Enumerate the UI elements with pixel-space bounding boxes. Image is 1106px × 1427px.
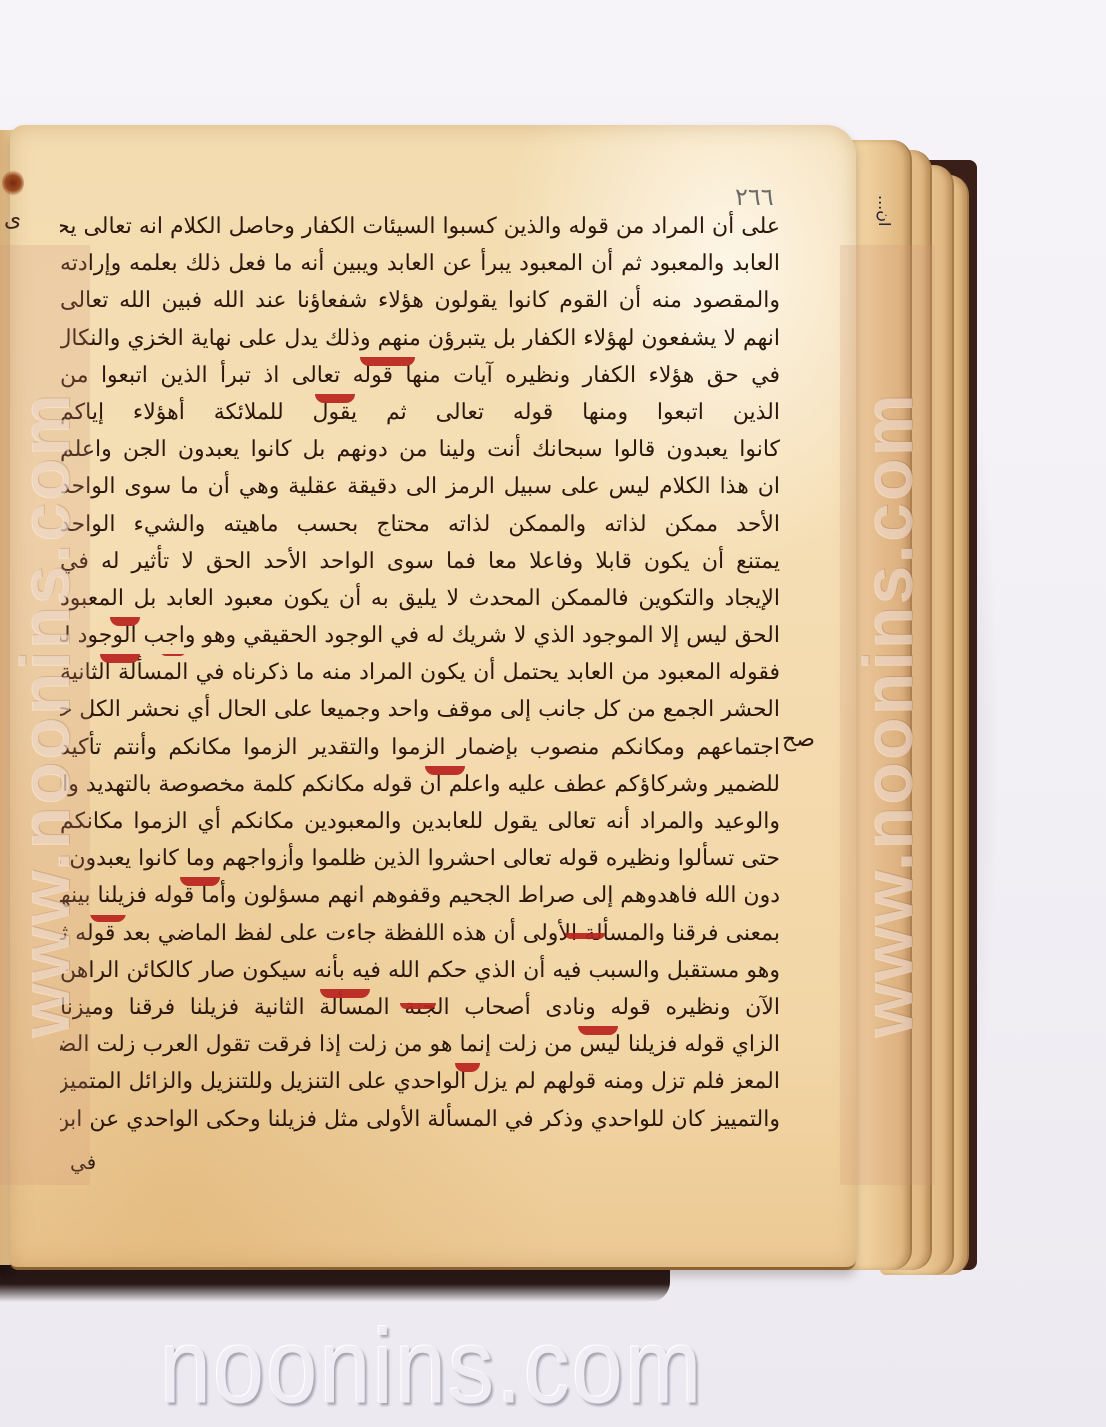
rubric-overline — [160, 654, 186, 656]
line-text: للضمير وشركاؤكم عطف عليه واعلم ان قوله م… — [60, 772, 780, 797]
line-text: انهم لا يشفعون لهؤلاء الكفار بل يتبرؤن م… — [60, 326, 780, 351]
text-line: حتى تسألوا ونظيره قوله تعالى احشروا الذي… — [60, 840, 780, 877]
watermark-bottom: noonins.com — [160, 1315, 780, 1419]
rubric-overline — [565, 933, 605, 939]
line-text: يمتنع أن يكون قابلا وفاعلا معا فما سوى ا… — [60, 549, 780, 574]
manuscript-text: على أن المراد من قوله والذين كسبوا السيئ… — [60, 208, 780, 1138]
text-line: كانوا يعبدون قالوا سبحانك أنت ولينا من د… — [60, 431, 780, 468]
text-line: وهو مستقبل والسبب فيه أن الذي حكم الله ف… — [60, 952, 780, 989]
line-text: اجتماعهم ومكانكم منصوب بإضمار الزموا وال… — [60, 735, 780, 760]
text-line: اجتماعهم ومكانكم منصوب بإضمار الزموا وال… — [60, 729, 780, 766]
rubric-overline — [425, 766, 465, 775]
text-line: الحشر الجمع من كل جانب إلى موقف واحد وجم… — [60, 691, 780, 728]
page-number: ٢٦٦ — [735, 183, 774, 211]
margin-correction-note: صح — [782, 727, 815, 752]
line-text: الحق ليس إلا الموجود الذي لا شريك له في … — [60, 623, 780, 648]
text-line: الآن ونظيره قوله ونادى أصحاب الجنة المسأ… — [60, 989, 780, 1026]
watermark-text: www.noonins.com — [5, 392, 85, 1038]
line-text: كانوا يعبدون قالوا سبحانك أنت ولينا من د… — [60, 437, 780, 462]
text-line: فقوله المعبود من العابد يحتمل أن يكون ال… — [60, 654, 780, 691]
text-line: يمتنع أن يكون قابلا وفاعلا معا فما سوى ا… — [60, 543, 780, 580]
ink-stain — [2, 170, 24, 196]
rubric-overline — [360, 357, 415, 366]
line-text: على أن المراد من قوله والذين كسبوا السيئ… — [60, 214, 780, 239]
text-line: العابد والمعبود ثم أن المعبود يبرأ عن ال… — [60, 245, 780, 282]
line-text: الزاي قوله فزيلنا ليس من زلت إنما هو من … — [60, 1032, 780, 1057]
text-line: الزاي قوله فزيلنا ليس من زلت إنما هو من … — [60, 1026, 780, 1063]
rubric-overline — [90, 915, 126, 922]
rubric-overline — [110, 617, 140, 626]
text-line: الأحد ممكن لذاته والممكن لذاته محتاج بحس… — [60, 506, 780, 543]
watermark-left-vertical: www.noonins.com — [0, 245, 90, 1185]
page-edge-marks: ...ان — [878, 195, 890, 226]
text-line: للضمير وشركاؤكم عطف عليه واعلم ان قوله م… — [60, 766, 780, 803]
line-text: الإيجاد والتكوين فالممكن المحدث لا يليق … — [60, 586, 780, 611]
line-text: في حق هؤلاء الكفار ونظيره آيات منها قوله… — [60, 363, 780, 388]
line-text: الحشر الجمع من كل جانب إلى موقف واحد وجم… — [60, 697, 780, 722]
text-line: على أن المراد من قوله والذين كسبوا السيئ… — [60, 208, 780, 245]
line-text: بمعنى فرقنا والمسألة الأولى أن هذه اللفظ… — [60, 921, 780, 946]
watermark-right-vertical: www.noonins.com — [840, 245, 935, 1185]
text-line: الحق ليس إلا الموجود الذي لا شريك له في … — [60, 617, 780, 654]
text-line: في حق هؤلاء الكفار ونظيره آيات منها قوله… — [60, 357, 780, 394]
text-line: المعز فلم تزل ومنه قولهم لم يزل الواحدي … — [60, 1063, 780, 1100]
rubric-overline — [100, 654, 140, 663]
line-text: حتى تسألوا ونظيره قوله تعالى احشروا الذي… — [60, 846, 780, 871]
rubric-overline — [320, 989, 370, 998]
text-line: والوعيد والمراد أنه تعالى يقول للعابدين … — [60, 803, 780, 840]
line-text: والمقصود منه أن القوم كانوا يقولون هؤلاء… — [60, 288, 780, 313]
rubric-overline — [400, 1003, 436, 1009]
rubric-overline — [180, 877, 220, 886]
line-text: الأحد ممكن لذاته والممكن لذاته محتاج بحس… — [60, 512, 780, 537]
line-text: المعز فلم تزل ومنه قولهم لم يزل الواحدي … — [60, 1069, 780, 1094]
line-text: الذين اتبعوا ومنها قوله تعالى ثم يقول لل… — [60, 400, 780, 425]
line-text: دون الله فاهدوهم إلى صراط الجحيم وقفوهم … — [60, 883, 780, 908]
line-text: ان هذا الكلام ليس على سبيل الرمز الى دقي… — [60, 474, 780, 499]
text-line: دون الله فاهدوهم إلى صراط الجحيم وقفوهم … — [60, 877, 780, 914]
line-text: فقوله المعبود من العابد يحتمل أن يكون ال… — [60, 660, 780, 685]
text-line: والمقصود منه أن القوم كانوا يقولون هؤلاء… — [60, 282, 780, 319]
text-line: انهم لا يشفعون لهؤلاء الكفار بل يتبرؤن م… — [60, 320, 780, 357]
text-line: الإيجاد والتكوين فالممكن المحدث لا يليق … — [60, 580, 780, 617]
watermark-text: www.noonins.com — [848, 392, 928, 1038]
line-text: العابد والمعبود ثم أن المعبود يبرأ عن ال… — [60, 251, 780, 276]
text-line: والتمييز كان للواحدي وذكر في المسألة الأ… — [60, 1101, 780, 1138]
text-line: بمعنى فرقنا والمسألة الأولى أن هذه اللفظ… — [60, 915, 780, 952]
text-line: ان هذا الكلام ليس على سبيل الرمز الى دقي… — [60, 468, 780, 505]
line-text: والوعيد والمراد أنه تعالى يقول للعابدين … — [60, 809, 780, 834]
line-text: وهو مستقبل والسبب فيه أن الذي حكم الله ف… — [60, 958, 780, 983]
line-text: والتمييز كان للواحدي وذكر في المسألة الأ… — [60, 1107, 780, 1132]
rubric-overline — [315, 394, 355, 403]
text-line: الذين اتبعوا ومنها قوله تعالى ثم يقول لل… — [60, 394, 780, 431]
rubric-overline — [578, 1026, 618, 1035]
